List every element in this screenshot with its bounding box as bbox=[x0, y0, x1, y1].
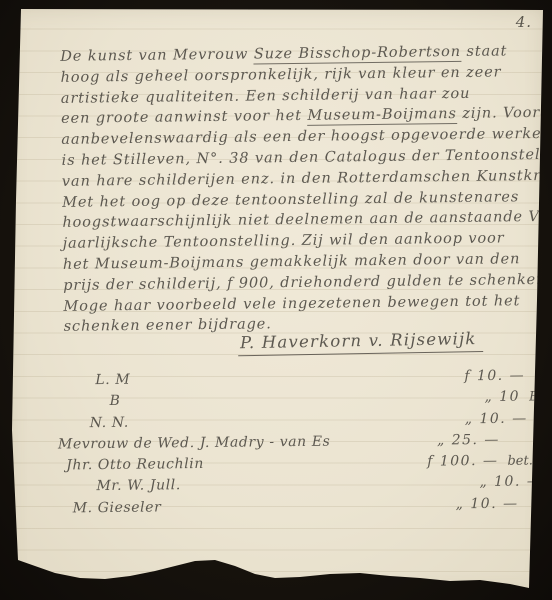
line-text: Met het oog op deze tentoonstelling zal … bbox=[62, 189, 519, 211]
donor-status: Betaald bbox=[537, 411, 552, 427]
page-number: 4. bbox=[516, 13, 532, 31]
line-text: van hare schilderijen enz. in den Rotter… bbox=[62, 167, 552, 189]
donor-amount: „ 10. — bbox=[431, 474, 542, 491]
underlined-text: Museum-Boijmans bbox=[307, 106, 457, 126]
donor-status: bet. bbox=[507, 454, 533, 469]
donor-name: B bbox=[57, 390, 444, 410]
donor-name: Jhr. Otto Reuchlin bbox=[58, 454, 401, 474]
line-text: jaarlijksche Tentoonstelling. Zij wil de… bbox=[63, 231, 505, 252]
line-text: is het Stilleven, N°. 38 van den Catalog… bbox=[62, 147, 552, 169]
line-text: zijn. Vooral bbox=[457, 105, 552, 122]
line-text: staat bbox=[461, 43, 508, 60]
donor-amount: „ 10. — bbox=[425, 410, 528, 427]
signature: P. Haverkorn v. Rijsewijk bbox=[238, 329, 498, 357]
donor-amount: f 10. — bbox=[430, 368, 525, 385]
donor-name: Mevrouw de Wed. J. Madry - van Es bbox=[58, 433, 393, 453]
underlined-text: Suze Bisschop-Robertson bbox=[254, 44, 461, 65]
donor-amount: „ 10. — bbox=[408, 495, 519, 512]
donor-amount: f 100. — bbox=[401, 453, 498, 470]
photo-background: 4. De kunst van Mevrouw Suze Bisschop-Ro… bbox=[0, 0, 552, 600]
donor-amount: „ 25. — bbox=[393, 432, 500, 449]
signature-text: P. Haverkorn v. Rijsewijk bbox=[238, 329, 483, 356]
line-text: een groote aanwinst voor het bbox=[61, 108, 308, 127]
line-text: artistieke qualiteiten. Een schilderij v… bbox=[61, 85, 471, 106]
line-text: aanbevelenswaardig als een der hoogst op… bbox=[61, 126, 552, 148]
line-text: prijs der schilderij, f 900, driehonderd… bbox=[63, 272, 552, 294]
donor-name: N. N. bbox=[58, 411, 425, 431]
donor-name: L. M bbox=[57, 369, 430, 389]
line-text: Moge haar voorbeeld vele ingezetenen bew… bbox=[63, 293, 520, 315]
donor-name: M. Gieseler bbox=[59, 497, 408, 517]
line-text: hoog als geheel oorspronkelijk, rijk van… bbox=[61, 64, 502, 85]
line-text: het Museum-Boijmans gemakkelijk maken do… bbox=[63, 251, 521, 273]
letter-body: De kunst van Mevrouw Suze Bisschop-Rober… bbox=[60, 41, 526, 338]
donor-amount: „ 10 bbox=[444, 389, 520, 406]
donor-name: Mr. W. Jull. bbox=[58, 475, 431, 495]
donor-status: Bet. bbox=[529, 390, 552, 405]
donor-list: L. M f 10. — B „ 10 Bet. N. N. „ 10. — B… bbox=[57, 368, 533, 522]
line-text: De kunst van Mevrouw bbox=[60, 46, 254, 64]
line-text: hoogstwaarschijnlijk niet deelnemen aan … bbox=[62, 209, 552, 231]
paper-sheet: 4. De kunst van Mevrouw Suze Bisschop-Ro… bbox=[0, 0, 552, 600]
